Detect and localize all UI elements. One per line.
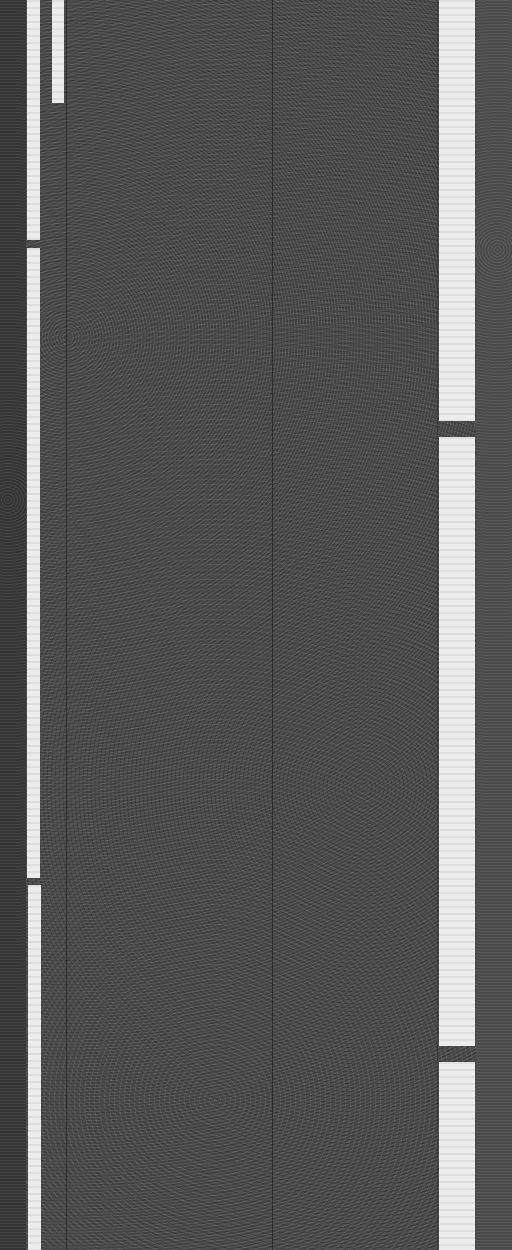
road-surface xyxy=(0,0,512,1250)
pavement-seam-center xyxy=(272,0,273,1250)
left-edge-line xyxy=(27,248,40,878)
left-inner-line xyxy=(52,0,64,103)
right-lane-line xyxy=(439,1062,475,1250)
left-shoulder xyxy=(0,0,26,1250)
left-edge-line xyxy=(28,885,41,1250)
right-shoulder xyxy=(476,0,512,1250)
left-edge-line xyxy=(27,0,40,240)
right-lane-line xyxy=(439,0,475,421)
pavement-seam xyxy=(437,0,438,1250)
right-lane-line xyxy=(439,437,475,1046)
pavement-seam xyxy=(66,0,67,1250)
